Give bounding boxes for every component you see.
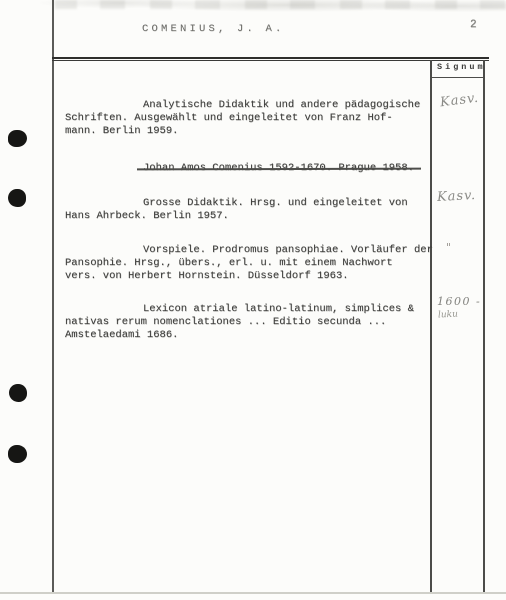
hole-punch-dot (8, 130, 27, 147)
left-margin-rule (52, 0, 54, 593)
entry-line: Schriften. Ausgewählt und eingeleitet vo… (65, 112, 425, 125)
entry-line: vers. von Herbert Hornstein. Düsseldorf … (65, 270, 425, 283)
handwritten-ditto-mark: " (446, 241, 451, 254)
handwritten-signum: Kasv. (437, 188, 477, 205)
signum-header-bottom-border (430, 77, 484, 78)
handwritten-signum: 1600 - (437, 295, 481, 308)
page-title: COMENIUS, J. A. (142, 23, 285, 35)
scanned-catalog-card-page: COMENIUS, J. A. 2 Signum Analytische Did… (0, 0, 506, 600)
entry-line: Grosse Didaktik. Hrsg. und eingeleitet v… (65, 197, 425, 210)
handwritten-signum: Kasv. (439, 91, 480, 111)
hole-punch-dot (9, 384, 27, 402)
signum-column-left-border (430, 60, 432, 592)
entry-line: Lexicon atriale latino-latinum, simplice… (65, 303, 425, 316)
page-bottom-rule (0, 592, 506, 594)
handwritten-signum: luku (438, 309, 458, 320)
entry-line: Hans Ahrbeck. Berlin 1957. (65, 210, 425, 223)
page-number: 2 (470, 19, 477, 31)
entry-line: nativas rerum nomenclationes ... Editio … (65, 316, 425, 329)
hole-punch-dot (8, 445, 27, 463)
entry-line: Analytische Didaktik und andere pädagogi… (65, 99, 425, 112)
entry-line: Pansophie. Hrsg., übers., erl. u. mit ei… (65, 257, 425, 270)
bibliography-entry: Grosse Didaktik. Hrsg. und eingeleitet v… (65, 197, 425, 223)
header-divider-rule (52, 57, 489, 61)
entry-line: Vorspiele. Prodromus pansophiae. Vorläuf… (65, 244, 425, 257)
entry-line: mann. Berlin 1959. (65, 125, 425, 138)
signum-column-right-border (483, 60, 485, 592)
signum-column-header: Signum (437, 62, 486, 72)
bibliography-entry: Analytische Didaktik und andere pädagogi… (65, 99, 425, 139)
bibliography-entry: Vorspiele. Prodromus pansophiae. Vorläuf… (65, 244, 425, 284)
hole-punch-dot (8, 189, 26, 207)
scan-noise-band (55, 0, 506, 9)
bibliography-entry: Lexicon atriale latino-latinum, simplice… (65, 303, 425, 343)
entry-line: Amstelaedami 1686. (65, 329, 425, 342)
